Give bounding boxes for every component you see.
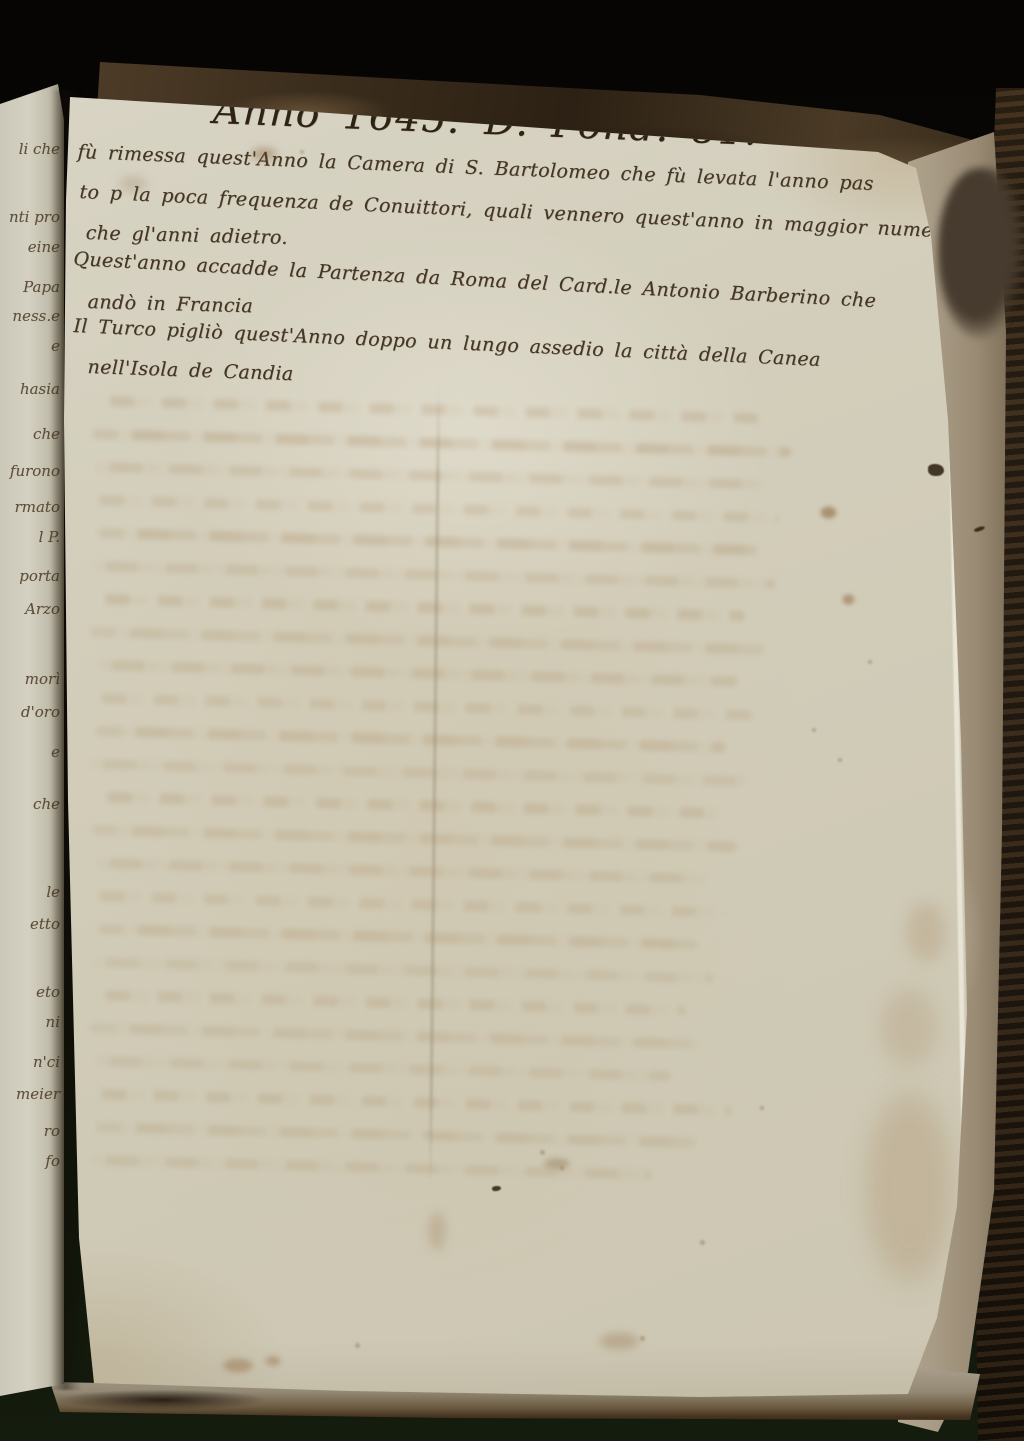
stain [222, 1358, 254, 1373]
bleedthrough-line [98, 924, 698, 950]
bleedthrough-line [96, 990, 686, 1015]
bleedthrough-line [90, 759, 745, 786]
bleedthrough-line [92, 429, 792, 457]
foxing-dot [812, 728, 816, 732]
foxing-dot [300, 150, 304, 154]
manuscript-line: nell'Isola de Candia [87, 356, 294, 385]
bleedthrough-line [92, 825, 737, 852]
bleedthrough-line [96, 1122, 696, 1148]
bleedthrough-line [98, 660, 738, 687]
manuscript-line: andò in Francia [87, 291, 253, 317]
stain [905, 900, 947, 965]
bleedthrough-line [96, 858, 706, 884]
foxing-dot [868, 660, 872, 664]
bleedthrough-line [90, 1023, 700, 1049]
stain [265, 1356, 281, 1366]
bleedthrough-line [96, 594, 746, 621]
foxing-dot [838, 758, 842, 762]
bleedthrough-line [92, 693, 756, 720]
foxing-dot [355, 1343, 360, 1348]
manuscript-line: che gl'anni adietro. [85, 222, 288, 249]
foxing-dot [700, 1240, 705, 1245]
bleedthrough-line [92, 1155, 652, 1180]
bleedthrough-line [96, 1056, 671, 1081]
ink-fleck [928, 464, 944, 476]
stain [250, 147, 278, 161]
stain [878, 985, 940, 1070]
bleedthrough-line [90, 627, 766, 655]
stain [428, 1210, 446, 1252]
stain [543, 1158, 571, 1169]
stain [842, 594, 855, 605]
stain [820, 506, 837, 519]
bleedthrough-line [96, 726, 726, 752]
bleedthrough-line [92, 561, 776, 589]
bleedthrough-line [96, 462, 764, 489]
folio-number: 1089 [852, 69, 928, 109]
manuscript-page: Anno 1645: D. Fond. 81. 1089 4.5 fù rime… [0, 0, 1024, 1441]
stain [118, 176, 148, 192]
stain [862, 1085, 957, 1290]
foxing-dot [760, 1106, 764, 1110]
foxing-dot [640, 1336, 645, 1341]
bleedthrough-line [90, 891, 725, 918]
foxing-dot [560, 1166, 564, 1170]
manuscript-scan: li chenti proeinePapaness.eehasiachefuro… [0, 0, 1024, 1441]
bleedthrough-line [100, 396, 760, 423]
bleedthrough-line [90, 495, 780, 523]
bleedthrough-line [98, 528, 758, 555]
foxing-dot [540, 1150, 545, 1155]
stain [598, 1332, 640, 1350]
bleedthrough-line [92, 957, 714, 983]
bleedthrough-line [98, 792, 718, 818]
bleedthrough-line [92, 1089, 732, 1116]
